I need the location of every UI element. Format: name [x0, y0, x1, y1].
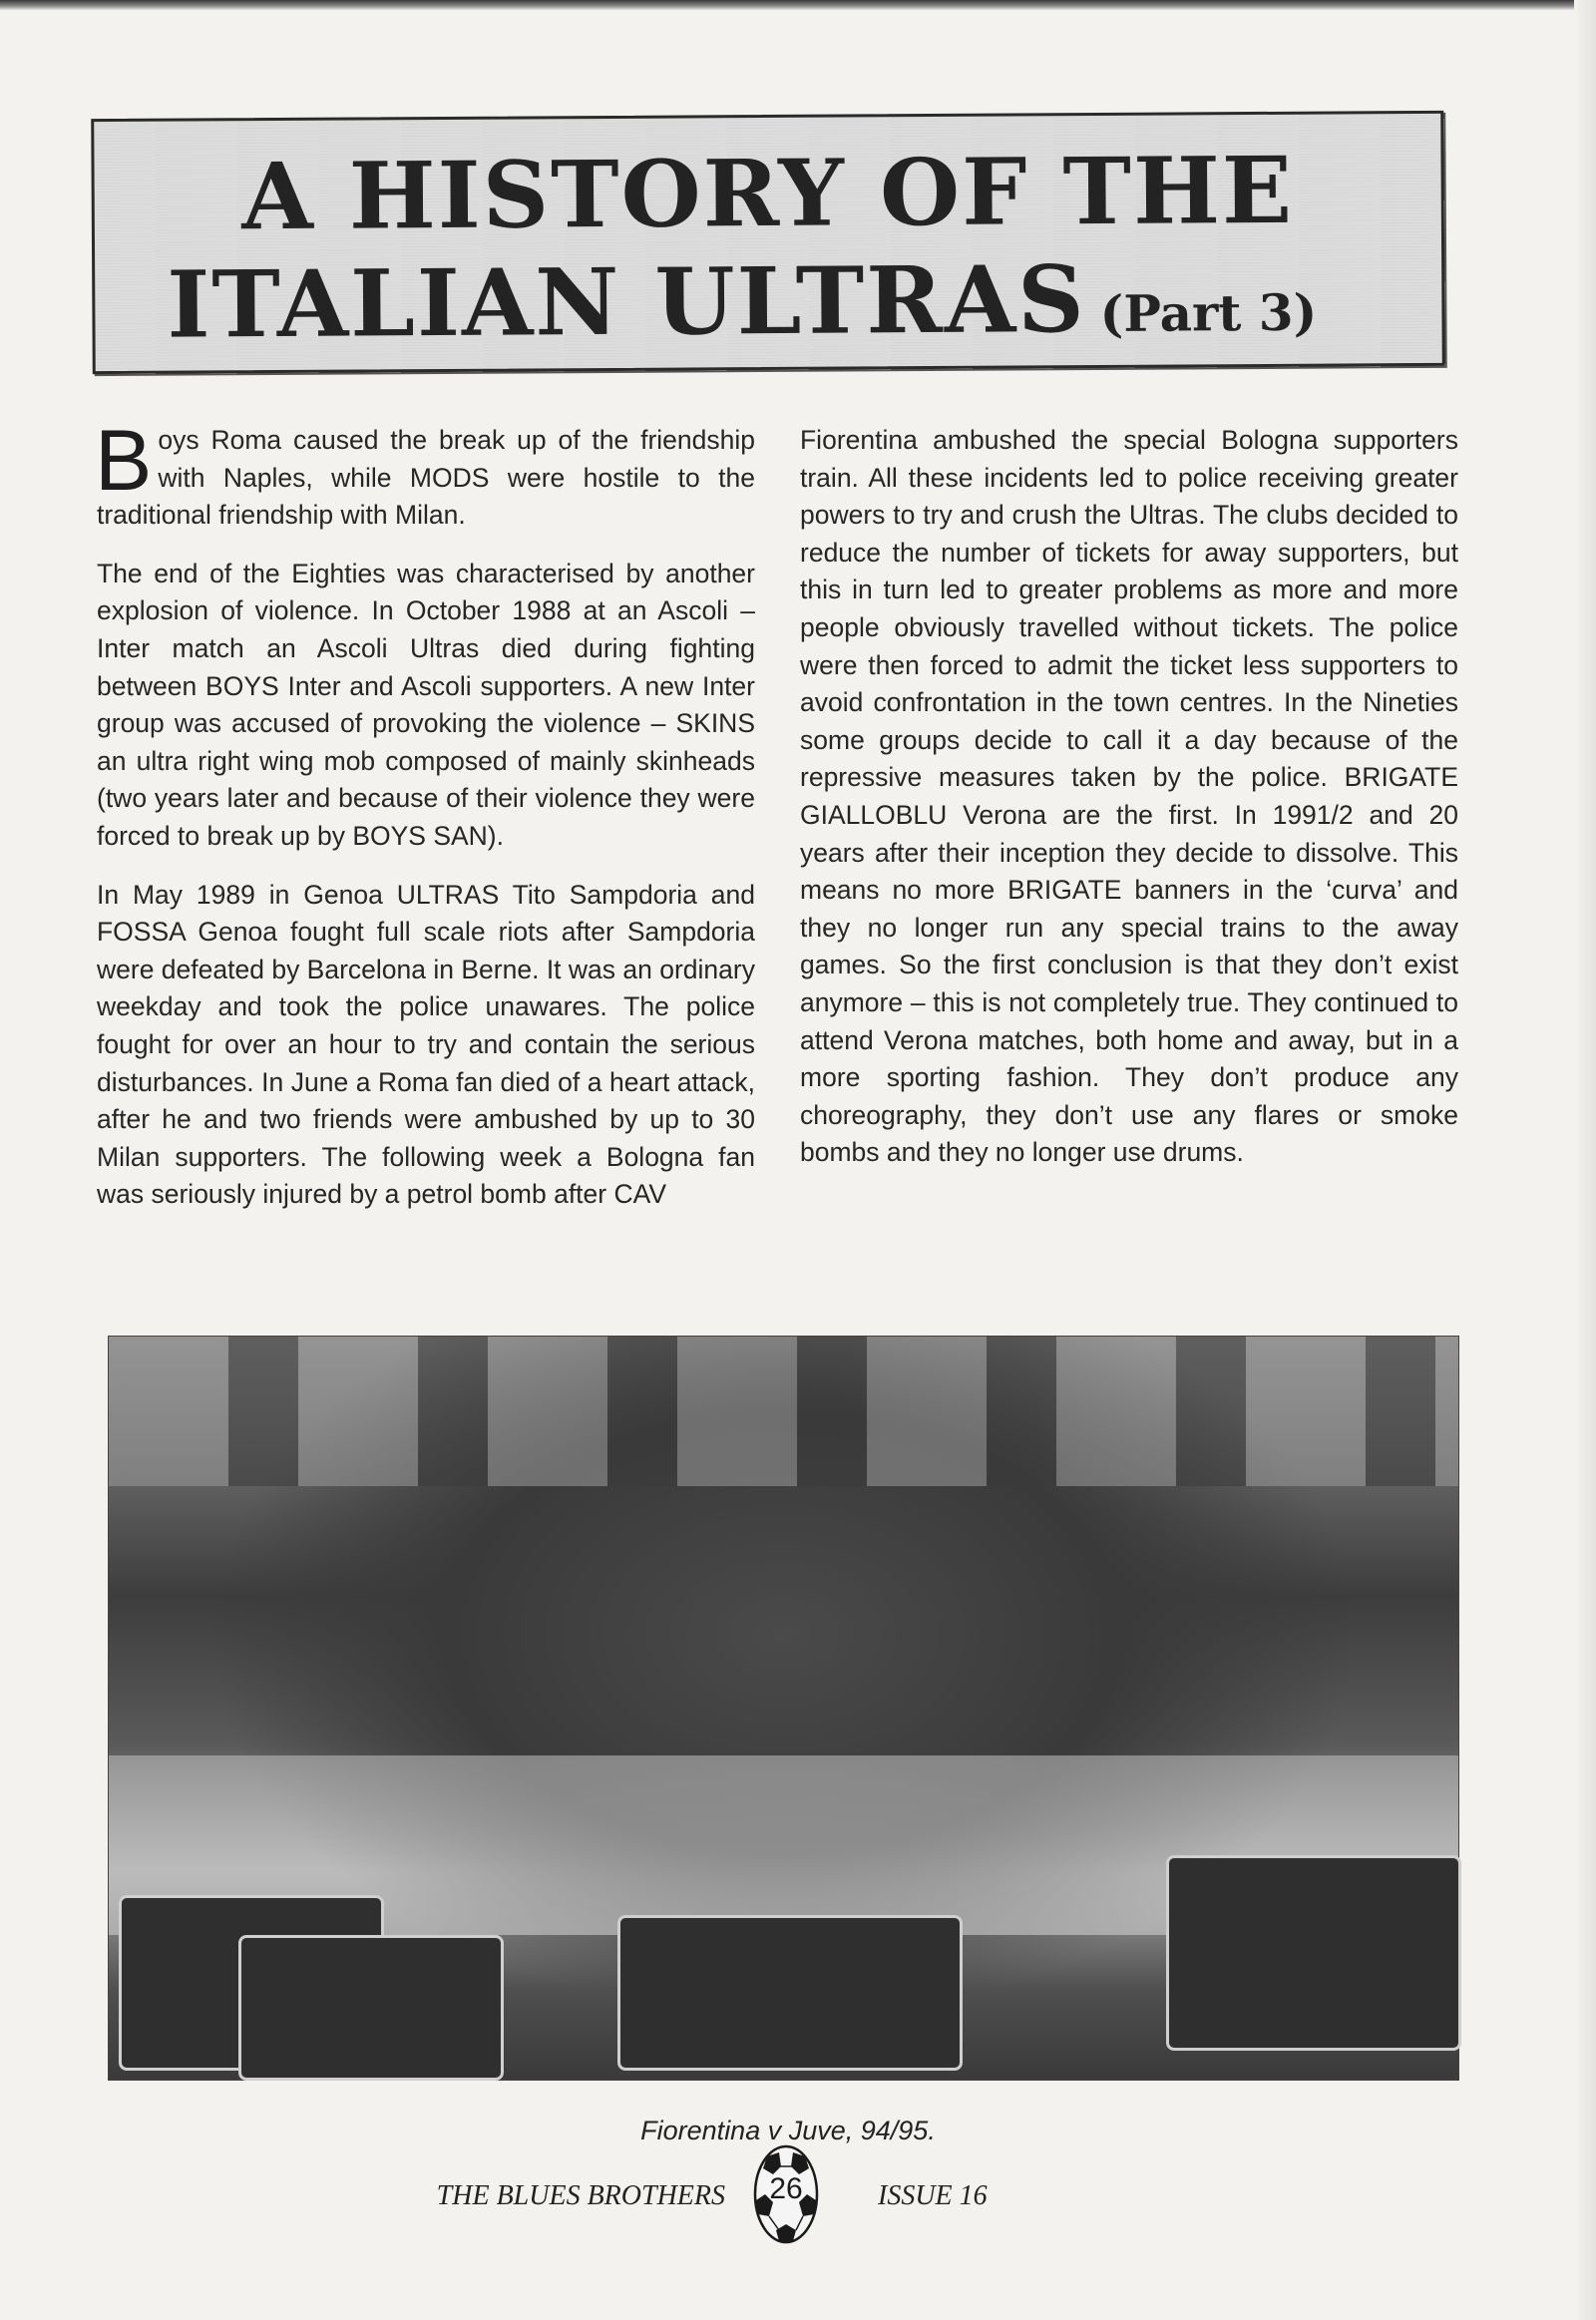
photo-buildings [109, 1337, 1458, 1486]
photo-caption: Fiorentina v Juve, 94/95. [0, 2116, 1576, 2146]
football-icon: 26 [753, 2144, 819, 2244]
riot-photo [108, 1336, 1459, 2081]
article-title-line-1: A HISTORY OF THE [94, 136, 1441, 251]
article-title-main: ITALIAN ULTRAS [167, 245, 1086, 359]
paragraph-4: Fiorentina ambushed the special Bologna … [800, 422, 1458, 1172]
left-column: Boys Roma caused the break up of the fri… [97, 422, 755, 1235]
paragraph-3: In May 1989 in Genoa ULTRAS Tito Sampdor… [97, 877, 755, 1214]
paragraph-2: The end of the Eighties was characterise… [97, 556, 755, 856]
scan-right-edge [1574, 0, 1596, 2320]
photo-police-van [238, 1935, 504, 2081]
article-title-box: A HISTORY OF THE ITALIAN ULTRAS(Part 3) [91, 111, 1445, 374]
photo-police-van [617, 1915, 963, 2071]
article-title-part: (Part 3) [1099, 283, 1317, 343]
article-title-line-2: ITALIAN ULTRAS(Part 3) [95, 242, 1514, 359]
paragraph-1: Boys Roma caused the break up of the fri… [97, 422, 755, 535]
page-footer: THE BLUES BROTHERS 26 ISSUE 16 [0, 2144, 1576, 2264]
drop-cap: B [95, 426, 152, 496]
issue-number: ISSUE 16 [878, 2180, 988, 2212]
photo-police-van [1166, 1855, 1461, 2051]
page-number: 26 [753, 2172, 819, 2206]
scan-top-edge [0, 0, 1596, 10]
paragraph-1-text: oys Roma caused the break up of the frie… [97, 425, 755, 530]
right-column: Fiorentina ambushed the special Bologna … [800, 422, 1458, 1193]
publication-name: THE BLUES BROTHERS [437, 2180, 725, 2212]
